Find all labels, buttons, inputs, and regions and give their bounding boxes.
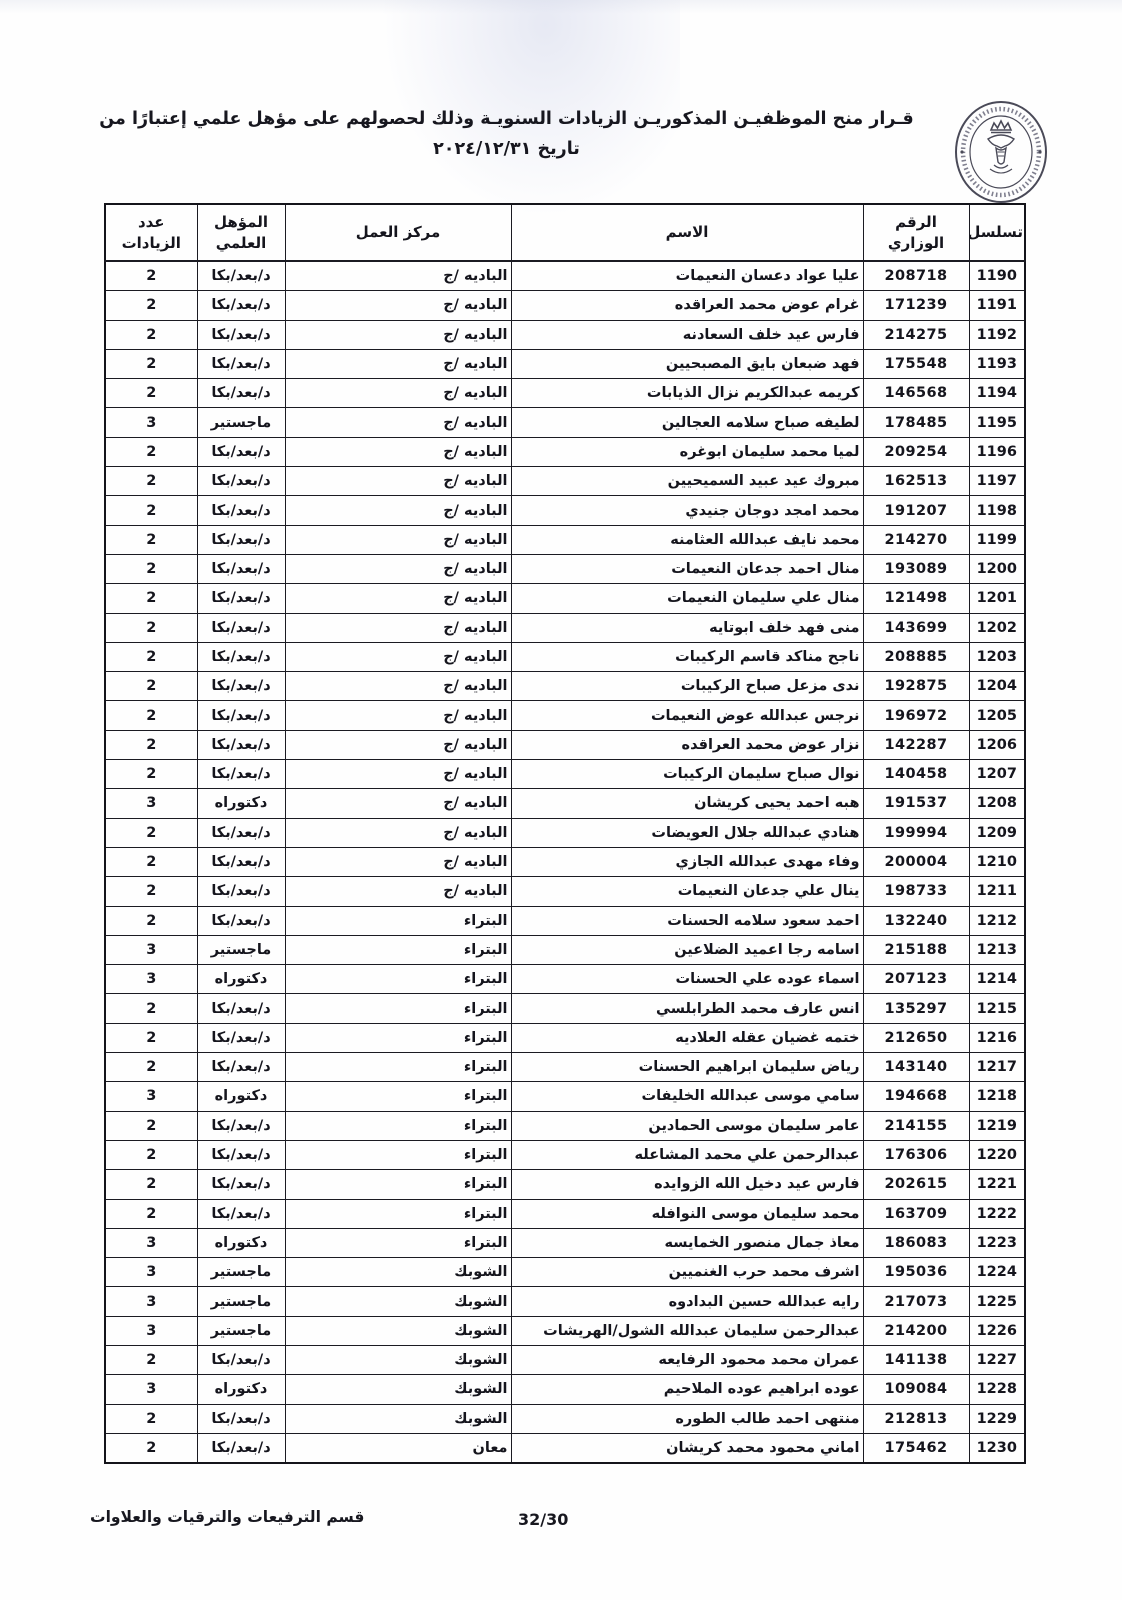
work-center-cell: الباديه /ج xyxy=(285,642,511,671)
name-cell: عوده ابراهيم عوده الملاحيم xyxy=(511,1375,863,1404)
work-center-cell: الباديه /ج xyxy=(285,467,511,496)
serial-cell: 1201 xyxy=(969,584,1025,613)
ministry-number-cell: 191207 xyxy=(863,496,969,525)
work-center-cell: الباديه /ج xyxy=(285,554,511,583)
table-row: 1212132240احمد سعود سلامه الحسناتالبتراء… xyxy=(105,906,1025,935)
serial-cell: 1226 xyxy=(969,1316,1025,1345)
header-serial: تسلسل xyxy=(969,204,1025,261)
serial-cell: 1196 xyxy=(969,437,1025,466)
qualification-cell: د/بعد/بكا xyxy=(197,584,285,613)
work-center-cell: الباديه /ج xyxy=(285,818,511,847)
table-row: 1204192875ندى مزعل صباح الركيباتالباديه … xyxy=(105,672,1025,701)
ministry-number-cell: 207123 xyxy=(863,965,969,994)
serial-cell: 1214 xyxy=(969,965,1025,994)
serial-cell: 1210 xyxy=(969,847,1025,876)
document-title: قـرار منح الموظفيـن المذكوريـن الزيادات … xyxy=(70,98,943,159)
table-row: 1211198733ينال علي جدعان النعيماتالباديه… xyxy=(105,877,1025,906)
name-cell: ينال علي جدعان النعيمات xyxy=(511,877,863,906)
work-center-cell: الباديه /ج xyxy=(285,408,511,437)
increments-cell: 2 xyxy=(105,613,197,642)
serial-cell: 1227 xyxy=(969,1345,1025,1374)
qualification-cell: د/بعد/بكا xyxy=(197,877,285,906)
serial-cell: 1192 xyxy=(969,320,1025,349)
ministry-number-cell: 142287 xyxy=(863,730,969,759)
increments-cell: 2 xyxy=(105,554,197,583)
serial-cell: 1218 xyxy=(969,1082,1025,1111)
table-row: 1210200004وفاء مهدى عبدالله الجازيالبادي… xyxy=(105,847,1025,876)
work-center-cell: الباديه /ج xyxy=(285,613,511,642)
work-center-cell: الباديه /ج xyxy=(285,789,511,818)
work-center-cell: البتراء xyxy=(285,965,511,994)
qualification-cell: ماجستير xyxy=(197,1287,285,1316)
serial-cell: 1208 xyxy=(969,789,1025,818)
serial-cell: 1209 xyxy=(969,818,1025,847)
increments-cell: 2 xyxy=(105,701,197,730)
name-cell: عبدالرحمن سليمان عبدالله الشول/الهريشات xyxy=(511,1316,863,1345)
name-cell: احمد سعود سلامه الحسنات xyxy=(511,906,863,935)
name-cell: ندى مزعل صباح الركيبات xyxy=(511,672,863,701)
name-cell: منال احمد جدعان النعيمات xyxy=(511,554,863,583)
serial-cell: 1194 xyxy=(969,379,1025,408)
name-cell: هبه احمد يحيى كريشان xyxy=(511,789,863,818)
qualification-cell: دكتوراه xyxy=(197,1228,285,1257)
serial-cell: 1222 xyxy=(969,1199,1025,1228)
ministry-seal-icon xyxy=(947,98,1055,206)
name-cell: محمد سليمان موسى النوافله xyxy=(511,1199,863,1228)
qualification-cell: د/بعد/بكا xyxy=(197,349,285,378)
increments-cell: 2 xyxy=(105,1140,197,1169)
name-cell: مبروك عيد عبيد السميحيين xyxy=(511,467,863,496)
name-cell: اسماء عوده علي الحسنات xyxy=(511,965,863,994)
ministry-number-cell: 141138 xyxy=(863,1345,969,1374)
qualification-cell: ماجستير xyxy=(197,935,285,964)
increments-cell: 2 xyxy=(105,320,197,349)
qualification-cell: د/بعد/بكا xyxy=(197,467,285,496)
header-qualification: المؤهل العلمي xyxy=(197,204,285,261)
ministry-number-cell: 178485 xyxy=(863,408,969,437)
document-header: قـرار منح الموظفيـن المذكوريـن الزيادات … xyxy=(70,98,1055,203)
increments-cell: 3 xyxy=(105,935,197,964)
qualification-cell: د/بعد/بكا xyxy=(197,906,285,935)
table-row: 1209199994هنادي عبدالله جلال العويضاتالب… xyxy=(105,818,1025,847)
table-row: 1191171239غرام عوض محمد العراقدهالباديه … xyxy=(105,291,1025,320)
increments-cell: 2 xyxy=(105,349,197,378)
work-center-cell: الباديه /ج xyxy=(285,349,511,378)
serial-cell: 1207 xyxy=(969,760,1025,789)
work-center-cell: الشوبك xyxy=(285,1316,511,1345)
serial-cell: 1202 xyxy=(969,613,1025,642)
work-center-cell: الباديه /ج xyxy=(285,584,511,613)
work-center-cell: الباديه /ج xyxy=(285,525,511,554)
work-center-cell: معان xyxy=(285,1433,511,1463)
qualification-cell: د/بعد/بكا xyxy=(197,1433,285,1463)
name-cell: رايه عبدالله حسين البدادوه xyxy=(511,1287,863,1316)
name-cell: اماني محمود محمد كريشان xyxy=(511,1433,863,1463)
name-cell: عليا عواد دعسان النعيمات xyxy=(511,261,863,291)
work-center-cell: البتراء xyxy=(285,935,511,964)
table-row: 1201121498منال علي سليمان النعيماتالبادي… xyxy=(105,584,1025,613)
increments-cell: 3 xyxy=(105,1228,197,1257)
qualification-cell: ماجستير xyxy=(197,408,285,437)
increments-cell: 2 xyxy=(105,994,197,1023)
serial-cell: 1195 xyxy=(969,408,1025,437)
name-cell: وفاء مهدى عبدالله الجازي xyxy=(511,847,863,876)
table-row: 1199214270محمد نايف عبدالله العثامنهالبا… xyxy=(105,525,1025,554)
serial-cell: 1224 xyxy=(969,1258,1025,1287)
work-center-cell: البتراء xyxy=(285,1023,511,1052)
name-cell: كريمه عبدالكريم نزال الذيابات xyxy=(511,379,863,408)
ministry-number-cell: 214155 xyxy=(863,1111,969,1140)
ministry-number-cell: 140458 xyxy=(863,760,969,789)
ministry-number-cell: 199994 xyxy=(863,818,969,847)
increments-cell: 3 xyxy=(105,408,197,437)
ministry-number-cell: 163709 xyxy=(863,1199,969,1228)
name-cell: اشرف محمد حرب الغنميين xyxy=(511,1258,863,1287)
ministry-number-cell: 196972 xyxy=(863,701,969,730)
qualification-cell: دكتوراه xyxy=(197,965,285,994)
serial-cell: 1197 xyxy=(969,467,1025,496)
serial-cell: 1199 xyxy=(969,525,1025,554)
name-cell: سامي موسى عبدالله الخليفات xyxy=(511,1082,863,1111)
table-row: 1221202615فارس عيد دخيل الله الزوايدهالب… xyxy=(105,1170,1025,1199)
serial-cell: 1221 xyxy=(969,1170,1025,1199)
qualification-cell: د/بعد/بكا xyxy=(197,291,285,320)
table-row: 1198191207محمد امجد دوجان جنيديالباديه /… xyxy=(105,496,1025,525)
serial-cell: 1190 xyxy=(969,261,1025,291)
ministry-number-cell: 121498 xyxy=(863,584,969,613)
table-row: 1218194668سامي موسى عبدالله الخليفاتالبت… xyxy=(105,1082,1025,1111)
work-center-cell: الباديه /ج xyxy=(285,496,511,525)
qualification-cell: د/بعد/بكا xyxy=(197,1170,285,1199)
ministry-number-cell: 212813 xyxy=(863,1404,969,1433)
table-row: 1226214200عبدالرحمن سليمان عبدالله الشول… xyxy=(105,1316,1025,1345)
qualification-cell: د/بعد/بكا xyxy=(197,760,285,789)
work-center-cell: الشوبك xyxy=(285,1404,511,1433)
work-center-cell: الباديه /ج xyxy=(285,379,511,408)
name-cell: ناجح مناكد قاسم الركيبات xyxy=(511,642,863,671)
increments-cell: 3 xyxy=(105,789,197,818)
name-cell: عمران محمد محمود الرفايعه xyxy=(511,1345,863,1374)
serial-cell: 1191 xyxy=(969,291,1025,320)
increments-cell: 2 xyxy=(105,1345,197,1374)
table-row: 1195178485لطيفه صباح سلامه العجالينالباد… xyxy=(105,408,1025,437)
increments-cell: 2 xyxy=(105,906,197,935)
document-footer: قسم الترفيعات والترقيات والعلاوات 32/30 xyxy=(0,1502,1122,1542)
ministry-number-cell: 209254 xyxy=(863,437,969,466)
increments-cell: 2 xyxy=(105,496,197,525)
table-row: 1228109084عوده ابراهيم عوده الملاحيمالشو… xyxy=(105,1375,1025,1404)
name-cell: معاذ جمال منصور الخمايسه xyxy=(511,1228,863,1257)
qualification-cell: دكتوراه xyxy=(197,789,285,818)
qualification-cell: د/بعد/بكا xyxy=(197,1345,285,1374)
name-cell: لطيفه صباح سلامه العجالين xyxy=(511,408,863,437)
name-cell: محمد نايف عبدالله العثامنه xyxy=(511,525,863,554)
table-row: 1190208718عليا عواد دعسان النعيماتالبادي… xyxy=(105,261,1025,291)
ministry-number-cell: 194668 xyxy=(863,1082,969,1111)
footer-department-label: قسم الترفيعات والترقيات والعلاوات xyxy=(90,1508,364,1526)
table-row: 1222163709محمد سليمان موسى النوافلهالبتر… xyxy=(105,1199,1025,1228)
serial-cell: 1206 xyxy=(969,730,1025,759)
table-row: 1229212813منتهى احمد طالب الطورهالشوبكد/… xyxy=(105,1404,1025,1433)
qualification-cell: د/بعد/بكا xyxy=(197,847,285,876)
name-cell: عامر سليمان موسى الحمادين xyxy=(511,1111,863,1140)
ministry-number-cell: 143140 xyxy=(863,1053,969,1082)
work-center-cell: الباديه /ج xyxy=(285,847,511,876)
table-row: 1196209254لميا محمد سليمان ابوغرهالباديه… xyxy=(105,437,1025,466)
ministry-number-cell: 208885 xyxy=(863,642,969,671)
qualification-cell: د/بعد/بكا xyxy=(197,672,285,701)
ministry-number-cell: 198733 xyxy=(863,877,969,906)
table-row: 1213215188اسامه رجا اعميد الضلاعينالبترا… xyxy=(105,935,1025,964)
work-center-cell: الباديه /ج xyxy=(285,320,511,349)
ministry-number-cell: 132240 xyxy=(863,906,969,935)
ministry-number-cell: 214275 xyxy=(863,320,969,349)
ministry-number-cell: 195036 xyxy=(863,1258,969,1287)
table-row: 1219214155عامر سليمان موسى الحمادينالبتر… xyxy=(105,1111,1025,1140)
increments-cell: 2 xyxy=(105,261,197,291)
serial-cell: 1220 xyxy=(969,1140,1025,1169)
qualification-cell: دكتوراه xyxy=(197,1375,285,1404)
document-page: قـرار منح الموظفيـن المذكوريـن الزيادات … xyxy=(0,0,1122,1600)
header-name: الاسم xyxy=(511,204,863,261)
increments-cell: 2 xyxy=(105,1433,197,1463)
header-increments: عدد الزيادات xyxy=(105,204,197,261)
work-center-cell: الباديه /ج xyxy=(285,672,511,701)
name-cell: فارس عيد دخيل الله الزوايده xyxy=(511,1170,863,1199)
increments-table: تسلسل الرقم الوزاري الاسم مركز العمل الم… xyxy=(104,203,1026,1464)
ministry-number-cell: 146568 xyxy=(863,379,969,408)
table-row: 1224195036اشرف محمد حرب الغنميينالشوبكما… xyxy=(105,1258,1025,1287)
work-center-cell: الباديه /ج xyxy=(285,730,511,759)
document-title-line2: تاريخ ٢٠٢٤/١٢/٣١ xyxy=(70,139,943,159)
work-center-cell: البتراء xyxy=(285,1082,511,1111)
qualification-cell: ماجستير xyxy=(197,1316,285,1345)
work-center-cell: الباديه /ج xyxy=(285,291,511,320)
increments-cell: 2 xyxy=(105,1404,197,1433)
qualification-cell: د/بعد/بكا xyxy=(197,613,285,642)
table-row: 1197162513مبروك عيد عبيد السميحيينالبادي… xyxy=(105,467,1025,496)
increments-cell: 3 xyxy=(105,965,197,994)
serial-cell: 1198 xyxy=(969,496,1025,525)
qualification-cell: د/بعد/بكا xyxy=(197,730,285,759)
work-center-cell: الشوبك xyxy=(285,1345,511,1374)
increments-cell: 2 xyxy=(105,1170,197,1199)
ministry-number-cell: 176306 xyxy=(863,1140,969,1169)
ministry-number-cell: 193089 xyxy=(863,554,969,583)
increments-cell: 2 xyxy=(105,291,197,320)
header-ministry-number: الرقم الوزاري xyxy=(863,204,969,261)
table-row: 1216212650ختمه غضيان عقله العلاديهالبترا… xyxy=(105,1023,1025,1052)
table-row: 1203208885ناجح مناكد قاسم الركيباتالبادي… xyxy=(105,642,1025,671)
increments-cell: 2 xyxy=(105,847,197,876)
scan-artifact-top xyxy=(0,0,1122,14)
qualification-cell: د/بعد/بكا xyxy=(197,525,285,554)
work-center-cell: الشوبك xyxy=(285,1258,511,1287)
name-cell: غرام عوض محمد العراقده xyxy=(511,291,863,320)
table-row: 1225217073رايه عبدالله حسين البدادوهالشو… xyxy=(105,1287,1025,1316)
name-cell: منى فهد خلف ابوتايه xyxy=(511,613,863,642)
work-center-cell: الشوبك xyxy=(285,1375,511,1404)
qualification-cell: د/بعد/بكا xyxy=(197,496,285,525)
table-row: 1202143699منى فهد خلف ابوتايهالباديه /جد… xyxy=(105,613,1025,642)
increments-cell: 3 xyxy=(105,1258,197,1287)
qualification-cell: د/بعد/بكا xyxy=(197,379,285,408)
qualification-cell: د/بعد/بكا xyxy=(197,1199,285,1228)
name-cell: عبدالرحمن علي محمد المشاعله xyxy=(511,1140,863,1169)
increments-cell: 2 xyxy=(105,1199,197,1228)
qualification-cell: د/بعد/بكا xyxy=(197,1404,285,1433)
name-cell: نرجس عبدالله عوض النعيمات xyxy=(511,701,863,730)
serial-cell: 1229 xyxy=(969,1404,1025,1433)
qualification-cell: د/بعد/بكا xyxy=(197,320,285,349)
table-row: 1217143140رياض سليمان ابراهيم الحسناتالب… xyxy=(105,1053,1025,1082)
work-center-cell: الشوبك xyxy=(285,1287,511,1316)
serial-cell: 1212 xyxy=(969,906,1025,935)
serial-cell: 1219 xyxy=(969,1111,1025,1140)
qualification-cell: دكتوراه xyxy=(197,1082,285,1111)
footer-page-number: 32/30 xyxy=(518,1510,568,1529)
document-title-line1: قـرار منح الموظفيـن المذكوريـن الزيادات … xyxy=(70,106,943,133)
name-cell: منال علي سليمان النعيمات xyxy=(511,584,863,613)
increments-cell: 2 xyxy=(105,877,197,906)
name-cell: نوال صباح سليمان الركيبات xyxy=(511,760,863,789)
serial-cell: 1205 xyxy=(969,701,1025,730)
work-center-cell: البتراء xyxy=(285,1111,511,1140)
table-row: 1205196972نرجس عبدالله عوض النعيماتالباد… xyxy=(105,701,1025,730)
serial-cell: 1204 xyxy=(969,672,1025,701)
qualification-cell: د/بعد/بكا xyxy=(197,554,285,583)
qualification-cell: د/بعد/بكا xyxy=(197,437,285,466)
table-row: 1193175548فهد ضبعان بايق المصبحيينالبادي… xyxy=(105,349,1025,378)
name-cell: منتهى احمد طالب الطوره xyxy=(511,1404,863,1433)
serial-cell: 1223 xyxy=(969,1228,1025,1257)
increments-cell: 2 xyxy=(105,818,197,847)
name-cell: محمد امجد دوجان جنيدي xyxy=(511,496,863,525)
ministry-number-cell: 135297 xyxy=(863,994,969,1023)
qualification-cell: د/بعد/بكا xyxy=(197,1053,285,1082)
qualification-cell: د/بعد/بكا xyxy=(197,701,285,730)
increments-cell: 2 xyxy=(105,437,197,466)
qualification-cell: ماجستير xyxy=(197,1258,285,1287)
table-row: 1192214275فارس عيد خلف السعادنهالباديه /… xyxy=(105,320,1025,349)
increments-cell: 2 xyxy=(105,1111,197,1140)
ministry-number-cell: 212650 xyxy=(863,1023,969,1052)
increments-cell: 3 xyxy=(105,1375,197,1404)
qualification-cell: د/بعد/بكا xyxy=(197,1140,285,1169)
qualification-cell: د/بعد/بكا xyxy=(197,642,285,671)
work-center-cell: الباديه /ج xyxy=(285,760,511,789)
increments-cell: 2 xyxy=(105,672,197,701)
serial-cell: 1211 xyxy=(969,877,1025,906)
ministry-number-cell: 143699 xyxy=(863,613,969,642)
ministry-number-cell: 208718 xyxy=(863,261,969,291)
ministry-number-cell: 214270 xyxy=(863,525,969,554)
increments-cell: 3 xyxy=(105,1082,197,1111)
work-center-cell: البتراء xyxy=(285,906,511,935)
ministry-number-cell: 171239 xyxy=(863,291,969,320)
qualification-cell: د/بعد/بكا xyxy=(197,1111,285,1140)
serial-cell: 1215 xyxy=(969,994,1025,1023)
name-cell: ختمه غضيان عقله العلاديه xyxy=(511,1023,863,1052)
work-center-cell: الباديه /ج xyxy=(285,701,511,730)
name-cell: فارس عيد خلف السعادنه xyxy=(511,320,863,349)
work-center-cell: الباديه /ج xyxy=(285,877,511,906)
ministry-number-cell: 215188 xyxy=(863,935,969,964)
work-center-cell: البتراء xyxy=(285,1228,511,1257)
work-center-cell: الباديه /ج xyxy=(285,261,511,291)
serial-cell: 1213 xyxy=(969,935,1025,964)
work-center-cell: البتراء xyxy=(285,1140,511,1169)
increments-cell: 2 xyxy=(105,760,197,789)
name-cell: نزار عوض محمد العراقده xyxy=(511,730,863,759)
work-center-cell: الباديه /ج xyxy=(285,437,511,466)
table-row: 1194146568كريمه عبدالكريم نزال الذياباتا… xyxy=(105,379,1025,408)
ministry-number-cell: 202615 xyxy=(863,1170,969,1199)
name-cell: اسامه رجا اعميد الضلاعين xyxy=(511,935,863,964)
increments-cell: 2 xyxy=(105,642,197,671)
work-center-cell: البتراء xyxy=(285,1199,511,1228)
serial-cell: 1200 xyxy=(969,554,1025,583)
name-cell: هنادي عبدالله جلال العويضات xyxy=(511,818,863,847)
increments-cell: 2 xyxy=(105,467,197,496)
table-row: 1220176306عبدالرحمن علي محمد المشاعلهالب… xyxy=(105,1140,1025,1169)
increments-cell: 2 xyxy=(105,1053,197,1082)
ministry-number-cell: 192875 xyxy=(863,672,969,701)
table-row: 1230175462اماني محمود محمد كريشانمعاند/ب… xyxy=(105,1433,1025,1463)
serial-cell: 1203 xyxy=(969,642,1025,671)
work-center-cell: البتراء xyxy=(285,1170,511,1199)
table-row: 1200193089منال احمد جدعان النعيماتالبادي… xyxy=(105,554,1025,583)
ministry-number-cell: 217073 xyxy=(863,1287,969,1316)
qualification-cell: د/بعد/بكا xyxy=(197,1023,285,1052)
increments-cell: 2 xyxy=(105,730,197,759)
table-body: 1190208718عليا عواد دعسان النعيماتالبادي… xyxy=(105,261,1025,1463)
increments-cell: 2 xyxy=(105,1023,197,1052)
qualification-cell: د/بعد/بكا xyxy=(197,994,285,1023)
roster-table-wrap: تسلسل الرقم الوزاري الاسم مركز العمل الم… xyxy=(104,203,1024,1464)
serial-cell: 1230 xyxy=(969,1433,1025,1463)
ministry-number-cell: 186083 xyxy=(863,1228,969,1257)
name-cell: انس عارف محمد الطرابلسي xyxy=(511,994,863,1023)
ministry-number-cell: 162513 xyxy=(863,467,969,496)
table-row: 1227141138عمران محمد محمود الرفايعهالشوب… xyxy=(105,1345,1025,1374)
name-cell: فهد ضبعان بايق المصبحيين xyxy=(511,349,863,378)
increments-cell: 2 xyxy=(105,379,197,408)
ministry-number-cell: 175548 xyxy=(863,349,969,378)
table-row: 1215135297انس عارف محمد الطرابلسيالبتراء… xyxy=(105,994,1025,1023)
table-row: 1214207123اسماء عوده علي الحسناتالبتراءد… xyxy=(105,965,1025,994)
ministry-number-cell: 191537 xyxy=(863,789,969,818)
header-work-center: مركز العمل xyxy=(285,204,511,261)
ministry-number-cell: 200004 xyxy=(863,847,969,876)
qualification-cell: د/بعد/بكا xyxy=(197,261,285,291)
increments-cell: 2 xyxy=(105,525,197,554)
qualification-cell: د/بعد/بكا xyxy=(197,818,285,847)
serial-cell: 1217 xyxy=(969,1053,1025,1082)
name-cell: رياض سليمان ابراهيم الحسنات xyxy=(511,1053,863,1082)
serial-cell: 1228 xyxy=(969,1375,1025,1404)
work-center-cell: البتراء xyxy=(285,994,511,1023)
table-row: 1208191537هبه احمد يحيى كريشانالباديه /ج… xyxy=(105,789,1025,818)
increments-cell: 3 xyxy=(105,1316,197,1345)
serial-cell: 1193 xyxy=(969,349,1025,378)
ministry-number-cell: 175462 xyxy=(863,1433,969,1463)
table-row: 1223186083معاذ جمال منصور الخمايسهالبترا… xyxy=(105,1228,1025,1257)
ministry-number-cell: 214200 xyxy=(863,1316,969,1345)
work-center-cell: البتراء xyxy=(285,1053,511,1082)
serial-cell: 1216 xyxy=(969,1023,1025,1052)
increments-cell: 3 xyxy=(105,1287,197,1316)
